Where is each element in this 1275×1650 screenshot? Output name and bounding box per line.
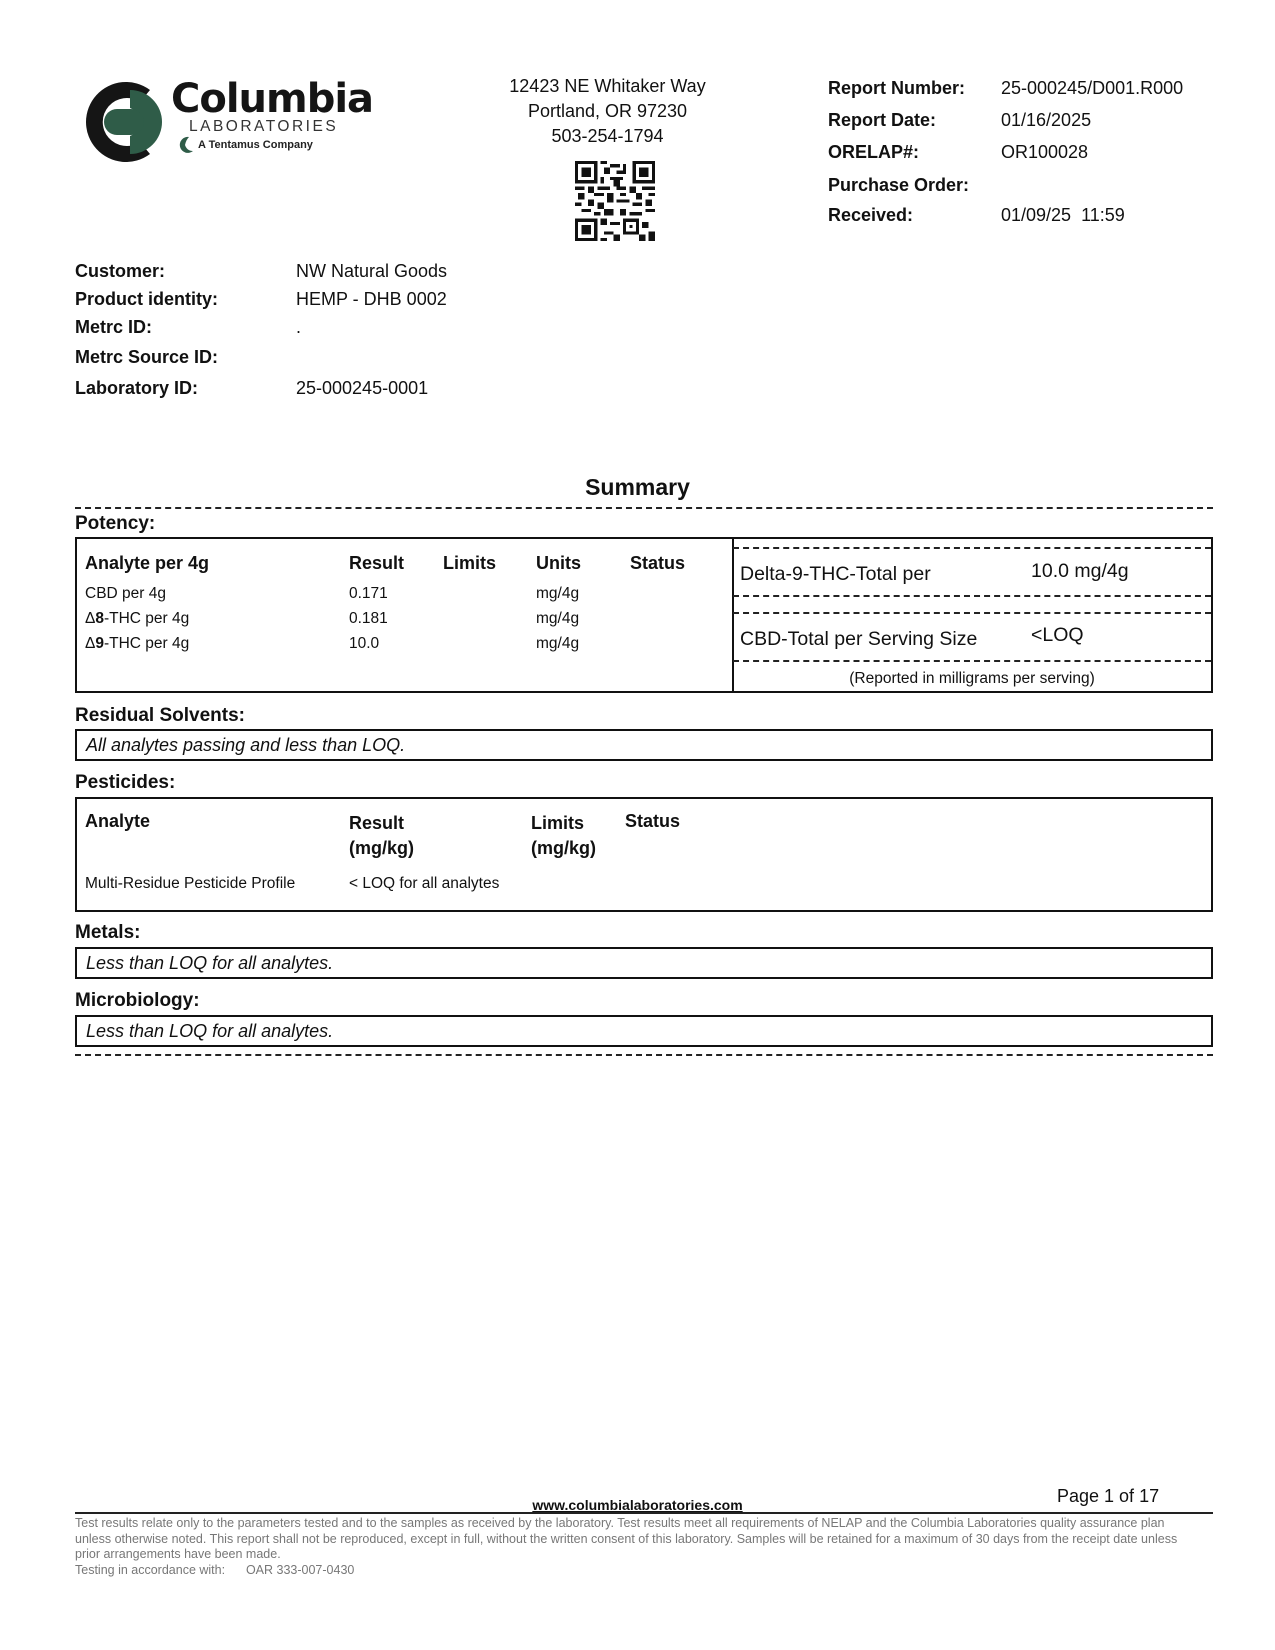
potency-title: Potency: — [75, 513, 155, 535]
report-number-label: Report Number: — [828, 78, 965, 99]
potency-header-units: Units — [536, 553, 581, 574]
potency-row-result: 10.0 — [349, 635, 379, 653]
tentamus-leaf-icon — [177, 136, 195, 154]
potency-header-status: Status — [630, 553, 685, 574]
phone-number: 503-254-1794 — [480, 126, 735, 147]
received-value: 01/09/25 11:59 — [1001, 205, 1125, 226]
residual-solvents-title: Residual Solvents: — [75, 705, 245, 727]
residual-solvents-box: All analytes passing and less than LOQ. — [75, 729, 1213, 761]
testing-accordance: Testing in accordance with: OAR 333-007-… — [75, 1563, 1215, 1579]
pesticides-table: Analyte Result(mg/kg) Limits(mg/kg) Stat… — [75, 797, 1213, 912]
potency-row-result: 0.171 — [349, 585, 388, 603]
microbiology-text: Less than LOQ for all analytes. — [86, 1021, 333, 1042]
totals-divider — [733, 612, 1211, 614]
potency-divider — [732, 539, 734, 691]
orelap-value: OR100028 — [1001, 142, 1088, 163]
pesticides-row-result: < LOQ for all analytes — [349, 875, 499, 893]
potency-row-units: mg/4g — [536, 610, 579, 628]
totals-note: (Reported in milligrams per serving) — [733, 670, 1211, 688]
pesticides-header-limits: Limits(mg/kg) — [531, 811, 596, 861]
pesticides-row-analyte: Multi-Residue Pesticide Profile — [85, 875, 295, 893]
pesticides-header-result: Result(mg/kg) — [349, 811, 414, 861]
address-line-2: Portland, OR 97230 — [480, 101, 735, 122]
orelap-label: ORELAP#: — [828, 142, 919, 163]
totals-divider — [733, 547, 1211, 549]
company-subtitle: LABORATORIES — [189, 118, 338, 136]
metrc-id-label: Metrc ID: — [75, 317, 152, 338]
report-date-label: Report Date: — [828, 110, 936, 131]
summary-title: Summary — [0, 474, 1275, 501]
purchase-order-label: Purchase Order: — [828, 175, 969, 196]
metrc-id-value: . — [296, 317, 301, 338]
metals-title: Metals: — [75, 922, 140, 944]
potency-row-analyte: CBD per 4g — [85, 585, 166, 603]
cbd-total-label: CBD-Total per Serving Size — [740, 628, 977, 651]
report-date-value: 01/16/2025 — [1001, 110, 1091, 131]
potency-row-units: mg/4g — [536, 635, 579, 653]
potency-row-result: 0.181 — [349, 610, 388, 628]
potency-row-analyte: Δ9-THC per 4g — [85, 635, 189, 653]
footer-rule — [75, 1512, 1213, 1514]
pesticides-title: Pesticides: — [75, 772, 175, 794]
report-number-value: 25-000245/D001.R000 — [1001, 78, 1183, 99]
company-logo: Columbia LABORATORIES A Tentamus Company — [78, 76, 368, 168]
potency-row-analyte: Δ8-THC per 4g — [85, 610, 189, 628]
customer-value: NW Natural Goods — [296, 261, 447, 282]
thc-total-label: Delta-9-THC-Total per — [740, 563, 931, 586]
pesticides-header-status: Status — [625, 811, 680, 832]
company-name: Columbia — [171, 76, 373, 122]
summary-bottom-divider — [75, 1054, 1213, 1056]
disclaimer-text: Test results relate only to the paramete… — [75, 1516, 1215, 1578]
potency-row-units: mg/4g — [536, 585, 579, 603]
disclaimer-line-3: prior arrangements have been made. — [75, 1547, 1215, 1563]
laboratory-id-value: 25-000245-0001 — [296, 378, 428, 399]
website-link[interactable]: www.columbialaboratories.com — [0, 1497, 1275, 1513]
metrc-source-id-label: Metrc Source ID: — [75, 347, 218, 368]
qr-code-icon[interactable] — [575, 161, 655, 241]
disclaimer-line-1: Test results relate only to the paramete… — [75, 1516, 1215, 1532]
product-identity-label: Product identity: — [75, 289, 218, 310]
totals-divider — [733, 595, 1211, 597]
potency-header-result: Result — [349, 553, 404, 574]
laboratory-id-label: Laboratory ID: — [75, 378, 198, 399]
metals-box: Less than LOQ for all analytes. — [75, 947, 1213, 979]
microbiology-box: Less than LOQ for all analytes. — [75, 1015, 1213, 1047]
received-label: Received: — [828, 205, 913, 226]
customer-label: Customer: — [75, 261, 165, 282]
cbd-total-value: <LOQ — [1031, 624, 1084, 647]
columbia-c-logo-icon — [78, 76, 170, 168]
thc-total-value: 10.0 mg/4g — [1031, 560, 1129, 583]
potency-header-limits: Limits — [443, 553, 496, 574]
microbiology-title: Microbiology: — [75, 990, 200, 1012]
residual-solvents-text: All analytes passing and less than LOQ. — [86, 735, 405, 756]
potency-header-analyte: Analyte per 4g — [85, 553, 209, 574]
summary-top-divider — [75, 507, 1213, 509]
totals-divider — [733, 660, 1211, 662]
pesticides-header-analyte: Analyte — [85, 811, 150, 832]
company-tagline: A Tentamus Company — [198, 139, 313, 151]
address-line-1: 12423 NE Whitaker Way — [480, 76, 735, 97]
product-identity-value: HEMP - DHB 0002 — [296, 289, 447, 310]
metals-text: Less than LOQ for all analytes. — [86, 953, 333, 974]
disclaimer-line-2: unless otherwise noted. This report shal… — [75, 1532, 1215, 1548]
